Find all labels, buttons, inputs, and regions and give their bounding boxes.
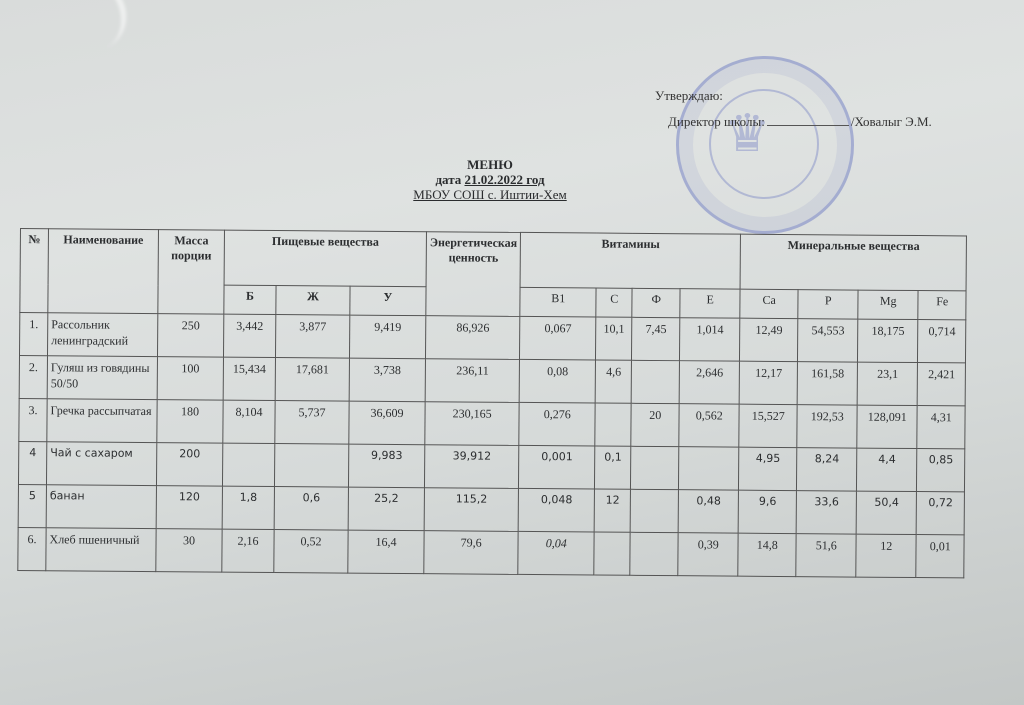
cell-b	[222, 443, 274, 486]
date-prefix: дата	[435, 172, 461, 187]
cell-energy: 86,926	[425, 316, 520, 360]
cell-ca: 12,49	[740, 318, 798, 361]
cell-num: 4	[18, 441, 46, 484]
director-name: /Ховалыг Э.М.	[851, 114, 932, 129]
menu-date: дата 21.02.2022 год	[380, 172, 600, 187]
cell-ca: 9,6	[738, 490, 796, 533]
cell-e: 0,562	[679, 404, 739, 447]
cell-energy: 230,165	[425, 402, 520, 446]
cell-u: 3,738	[349, 358, 425, 402]
cell-mg: 18,175	[858, 319, 918, 362]
cell-b1: 0,08	[519, 359, 595, 403]
cell-energy: 79,6	[424, 531, 519, 575]
header-c: C	[596, 288, 632, 317]
header-b1: B1	[520, 287, 596, 317]
cell-ca: 4,95	[739, 447, 797, 490]
cell-u: 9,983	[348, 444, 424, 488]
cell-zh: 17,681	[275, 358, 349, 402]
table-row: 3.Гречка рассыпчатая1808,1045,73736,6092…	[19, 398, 966, 448]
cell-zh: 0,52	[274, 530, 348, 574]
cell-e: 1,014	[680, 318, 740, 361]
cell-b1: 0,048	[518, 488, 594, 532]
menu-table-container: № Наименование Масса порции Пищевые веще…	[17, 228, 967, 578]
cell-zh: 0,6	[274, 487, 348, 531]
cell-mass: 200	[156, 443, 222, 487]
cell-ca: 12,17	[739, 361, 797, 404]
cell-name: Хлеб пшеничный	[46, 528, 156, 572]
signature-line	[767, 125, 849, 126]
cell-energy: 115,2	[424, 488, 519, 532]
cell-p: 161,58	[797, 362, 857, 405]
cell-b: 2,16	[222, 529, 274, 572]
cell-c: 0,1	[595, 446, 631, 489]
header-vitamins: Витамины	[520, 232, 740, 289]
cell-b1: 0,276	[519, 402, 595, 446]
header-zh: Ж	[276, 286, 350, 316]
menu-table: № Наименование Масса порции Пищевые веще…	[17, 228, 967, 578]
cell-f	[630, 489, 678, 532]
header-num: №	[20, 229, 49, 313]
school-name: МБОУ СОШ с. Иштии-Хем	[380, 187, 600, 202]
cell-c: 4,6	[595, 360, 631, 403]
cell-ca: 15,527	[739, 404, 797, 447]
header-minerals: Минеральные вещества	[740, 234, 966, 291]
cell-b: 8,104	[223, 400, 275, 443]
header-mass: Масса порции	[158, 230, 225, 315]
header-ca: Ca	[740, 289, 798, 318]
header-mg: Mg	[858, 290, 918, 319]
cell-b: 15,434	[223, 357, 275, 400]
cell-mg: 12	[856, 534, 916, 577]
header-energy: Энергетическая ценность	[426, 232, 521, 317]
table-row: 6.Хлеб пшеничный302,160,5216,479,60,040,…	[18, 527, 965, 577]
date-value: 21.02.2022 год	[465, 172, 545, 187]
cell-ca: 14,8	[738, 533, 796, 576]
cell-p: 192,53	[797, 405, 857, 448]
cell-fe: 0,72	[916, 492, 964, 535]
cell-num: 3.	[19, 398, 47, 441]
cell-f	[630, 532, 678, 575]
table-row: 1.Рассольник ленинградский2503,4423,8779…	[19, 313, 966, 363]
cell-b: 1,8	[222, 486, 274, 529]
cell-c	[595, 403, 631, 446]
cell-f	[631, 446, 679, 489]
table-row: 4Чай с сахаром2009,98339,9120,0010,14,95…	[18, 441, 965, 491]
cell-mg: 128,091	[857, 405, 917, 448]
cell-fe: 0,01	[916, 535, 964, 578]
cell-c	[594, 532, 630, 575]
cell-fe: 2,421	[917, 363, 965, 406]
cell-energy: 39,912	[424, 445, 519, 489]
cell-name: Чай с сахаром	[46, 442, 156, 486]
cell-e: 0,39	[678, 533, 738, 576]
cell-energy: 236,11	[425, 359, 520, 403]
cell-mg: 23,1	[857, 362, 917, 405]
cell-p: 54,553	[798, 319, 858, 362]
cell-fe: 0,714	[918, 320, 966, 363]
header-u: У	[350, 286, 426, 316]
cell-u: 36,609	[349, 401, 425, 445]
header-p: P	[798, 290, 858, 319]
header-fe: Fe	[918, 291, 966, 320]
table-row: 2.Гуляш из говядины 50/5010015,43417,681…	[19, 356, 966, 406]
cell-f: 7,45	[632, 317, 680, 360]
cell-mg: 50,4	[856, 491, 916, 534]
cell-b: 3,442	[223, 314, 275, 357]
cell-mass: 100	[157, 357, 223, 401]
cell-num: 1.	[19, 313, 47, 356]
cell-p: 51,6	[796, 534, 856, 577]
table-row: 5банан1201,80,625,2115,20,048120,489,633…	[18, 484, 965, 534]
cell-num: 5	[18, 484, 46, 527]
cell-mass: 250	[157, 314, 223, 358]
cell-fe: 4,31	[917, 406, 965, 449]
cell-name: Гуляш из говядины 50/50	[47, 356, 157, 400]
cell-b1: 0,067	[520, 316, 596, 360]
page-title: МЕНЮ	[380, 157, 600, 172]
director-label: Директор школы:	[668, 114, 765, 129]
cell-c: 10,1	[596, 317, 632, 360]
approve-label: Утверждаю:	[655, 88, 723, 104]
cell-name: банан	[46, 485, 156, 529]
cell-mass: 30	[156, 529, 222, 573]
cell-b1: 0,04	[518, 531, 594, 575]
cell-f: 20	[631, 403, 679, 446]
header-nutrients: Пищевые вещества	[224, 230, 426, 287]
cell-fe: 0,85	[917, 449, 965, 492]
document-heading: МЕНЮ дата 21.02.2022 год МБОУ СОШ с. Ишт…	[380, 157, 600, 202]
director-signature-line: Директор школы:/Ховалыг Э.М.	[668, 114, 932, 130]
header-b: Б	[224, 285, 276, 314]
official-stamp: ♛	[676, 56, 854, 234]
header-e: E	[680, 289, 740, 318]
cell-f	[631, 360, 679, 403]
cell-u: 9,419	[349, 315, 425, 359]
cell-p: 33,6	[796, 491, 856, 534]
cell-u: 25,2	[348, 487, 424, 531]
cell-u: 16,4	[348, 530, 424, 574]
cell-zh	[274, 444, 348, 488]
cell-e: 2,646	[679, 361, 739, 404]
header-f: Ф	[632, 288, 680, 317]
cell-num: 6.	[18, 527, 46, 570]
cell-zh: 3,877	[275, 315, 349, 359]
photo-glare	[50, 0, 136, 59]
cell-b1: 0,001	[519, 445, 595, 489]
cell-name: Гречка рассыпчатая	[47, 399, 157, 443]
cell-e	[679, 447, 739, 490]
cell-mg: 4,4	[857, 448, 917, 491]
cell-c: 12	[594, 489, 630, 532]
header-name: Наименование	[48, 229, 159, 314]
cell-zh: 5,737	[275, 401, 349, 445]
cell-mass: 120	[156, 486, 222, 530]
cell-name: Рассольник ленинградский	[47, 313, 157, 357]
cell-e: 0,48	[678, 490, 738, 533]
cell-p: 8,24	[797, 448, 857, 491]
cell-mass: 180	[157, 400, 223, 444]
cell-num: 2.	[19, 356, 47, 399]
